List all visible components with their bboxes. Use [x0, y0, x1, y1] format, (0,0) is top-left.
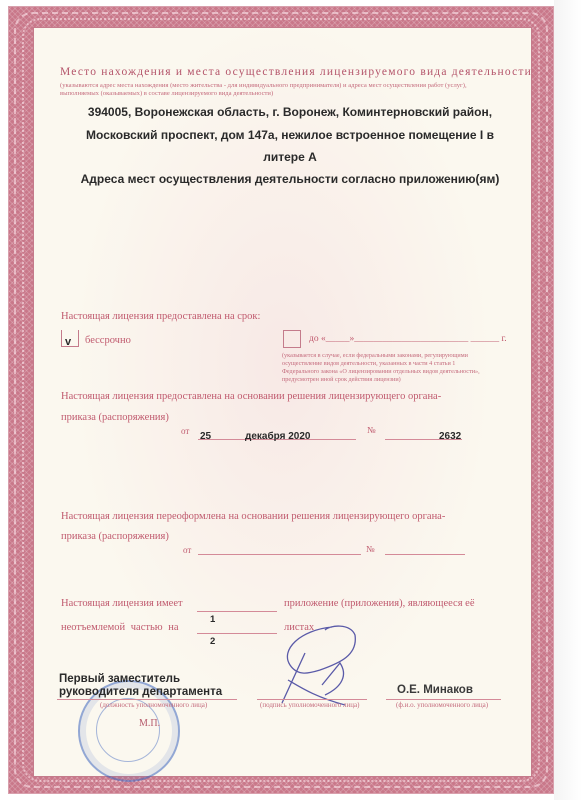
until-date-note: (указывается в случае, если федеральными…: [282, 352, 480, 384]
handwritten-signature: [270, 625, 380, 710]
section-note-2: выполняемых (оказываемых) в составе лице…: [60, 89, 273, 98]
appendix-count-line: [197, 611, 277, 612]
appendix-line-1b: приложение (приложения), являющееся её: [284, 598, 475, 609]
basis-from-label: от: [181, 426, 189, 436]
name-caption: (ф.и.о. уполномоченного лица): [396, 701, 488, 710]
until-note-line: осуществление видов деятельности, указан…: [282, 360, 480, 368]
signatory-position: Первый заместитель руководителя департам…: [59, 673, 222, 699]
appendix-line-2a: неотъемлемой частью на: [61, 622, 178, 633]
indefinite-checkbox[interactable]: v: [61, 330, 79, 347]
name-line: [386, 699, 501, 700]
basis-line-2: приказа (распоряжения): [61, 412, 169, 423]
signatory-position-line-2: руководителя департамента: [59, 686, 222, 699]
until-note-line: (указывается в случае, если федеральными…: [282, 352, 480, 360]
signature-line: [257, 699, 367, 700]
signatory-name: О.Е. Минаков: [397, 684, 473, 696]
appendix-sheets: 2: [210, 636, 215, 647]
scan-margin: [554, 0, 582, 800]
position-caption: (должность уполномоченного лица): [100, 701, 207, 710]
appendix-count: 1: [210, 614, 215, 625]
basis-month-year: декабря 2020: [245, 431, 311, 442]
reissue-from-label: от: [183, 545, 191, 555]
seal-label: М.П.: [139, 718, 160, 729]
appendix-line-1a: Настоящая лицензия имеет: [61, 598, 183, 609]
until-date-label: до «_____»________________________ _____…: [309, 334, 507, 344]
reissue-line-2: приказа (распоряжения): [61, 531, 169, 542]
check-mark-icon: v: [65, 336, 71, 348]
basis-number: 2632: [439, 431, 461, 442]
until-note-line: Федерального закона «О лицензировании от…: [282, 368, 480, 376]
basis-day: 25: [200, 431, 211, 442]
basis-line-1: Настоящая лицензия предоставлена на осно…: [61, 391, 441, 402]
address-line-1: 394005, Воронежская область, г. Воронеж,…: [60, 105, 520, 119]
address-line-2: Московский проспект, дом 147а, нежилое в…: [60, 128, 520, 142]
address-line-3: литере А: [60, 150, 520, 164]
appendix-sheets-line: [197, 633, 277, 634]
reissue-date-line: [198, 554, 361, 555]
position-line: [57, 699, 237, 700]
indefinite-label: бессрочно: [85, 335, 131, 346]
term-label: Настоящая лицензия предоставлена на срок…: [61, 311, 260, 322]
reissue-number-line: [385, 554, 465, 555]
reissue-number-label: №: [366, 544, 375, 554]
activity-addresses-note: Адреса мест осуществления деятельности с…: [60, 172, 520, 186]
signatory-position-line-1: Первый заместитель: [59, 673, 222, 686]
until-date-checkbox[interactable]: [283, 330, 301, 348]
reissue-line-1: Настоящая лицензия переоформлена на осно…: [61, 511, 445, 522]
basis-number-label: №: [367, 425, 376, 435]
until-note-line: предусмотрен иной срок действия лицензии…: [282, 376, 480, 384]
signature-caption: (подпись уполномоченного лица): [260, 701, 359, 710]
section-title: Место нахождения и места осуществления л…: [60, 66, 532, 78]
